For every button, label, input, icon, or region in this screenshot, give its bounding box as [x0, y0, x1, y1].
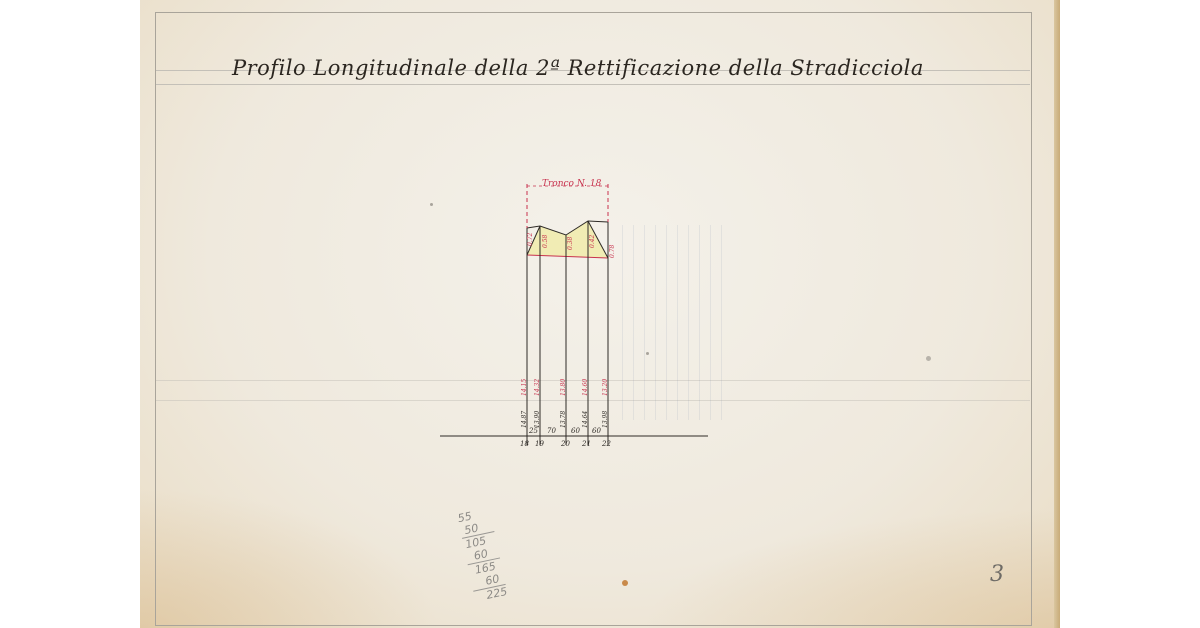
grade-elevation: 13.20 — [602, 379, 609, 396]
paper-spot — [926, 356, 931, 361]
paper-spot — [646, 352, 649, 355]
cut-height: 0.38 — [567, 236, 574, 250]
station-number: 20 — [560, 440, 570, 448]
partial-distance: 70 — [547, 427, 556, 435]
cut-height: 0.42 — [589, 234, 596, 248]
station-number: 18 — [520, 440, 529, 448]
grade-elevation: 14.60 — [582, 379, 589, 396]
partial-distance: 60 — [592, 427, 601, 435]
section-label: Tronco N. 18 — [542, 179, 602, 189]
ground-elevation: 14.64 — [582, 411, 589, 428]
paper-spot — [622, 580, 628, 586]
grade-elevation: 13.80 — [560, 379, 567, 396]
grade-elevation: 14.15 — [521, 379, 528, 396]
cut-height: 0.78 — [609, 244, 616, 258]
ground-elevation: 13.90 — [534, 411, 541, 428]
station-number: 22 — [601, 440, 611, 448]
page-number: 3 — [990, 562, 1004, 587]
grade-elevation: 14.32 — [534, 379, 541, 396]
ground-elevation: 14.87 — [521, 411, 528, 428]
ground-elevation: 13.98 — [602, 411, 609, 428]
longitudinal-profile-drawing: Tronco N. 18 0.72 0.58 0.38 0.42 0.78 14… — [0, 0, 1200, 628]
partial-distance: 60 — [571, 427, 580, 435]
station-number: 21 — [581, 440, 591, 448]
partial-distance: 25 — [528, 427, 538, 435]
ground-elevation: 13.78 — [560, 411, 567, 428]
station-number: 19 — [535, 440, 544, 448]
cut-height: 0.72 — [527, 232, 534, 246]
cut-height: 0.58 — [542, 234, 549, 248]
paper-spot — [430, 203, 433, 206]
